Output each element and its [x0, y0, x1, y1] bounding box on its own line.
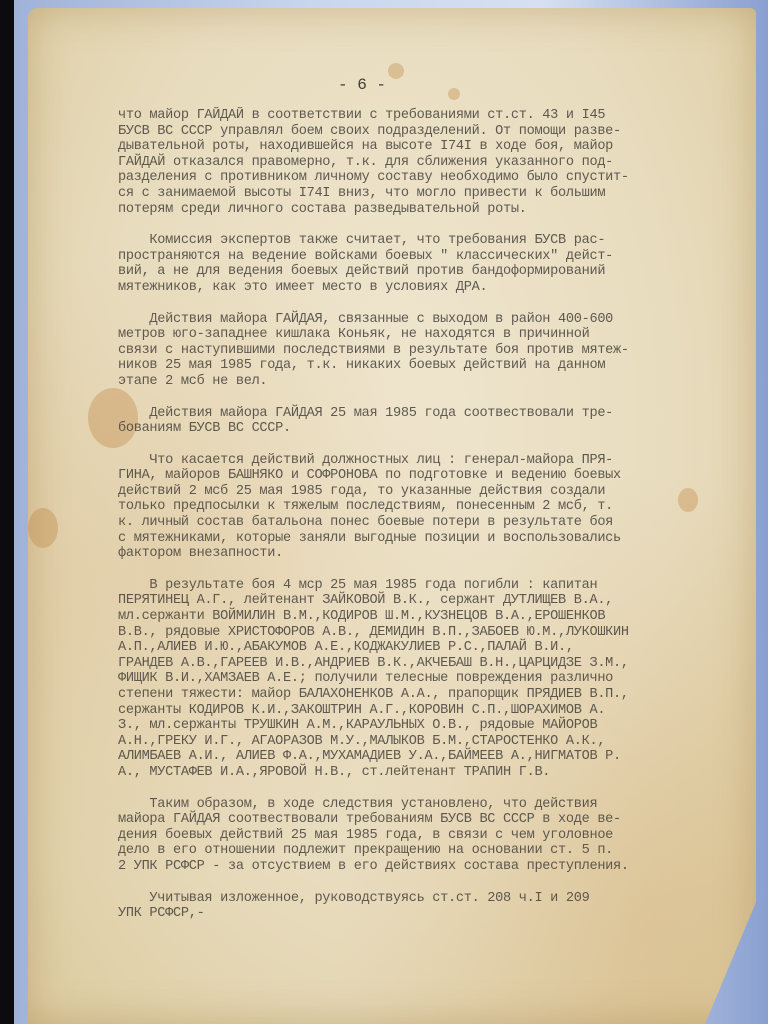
paragraph: Учитывая изложенное, руководствуясь ст.с…	[118, 891, 758, 922]
paragraph: Действия майора ГАЙДАЯ 25 мая 1985 года …	[118, 406, 758, 437]
text-line: ся с занимаемой высоты I74I вниз, что мо…	[118, 186, 758, 202]
text-line: фактором внезапности.	[118, 546, 758, 562]
text-line: Действия майора ГАЙДАЯ 25 мая 1985 года …	[118, 406, 758, 422]
text-line: потерям среди личного состава разведыват…	[118, 202, 758, 218]
text-line: действий 2 мсб 25 мая 1985 года, то указ…	[118, 484, 758, 500]
text-line: ПЕРЯТИНЕЦ А.Г., лейтенант ЗАЙКОВОЙ В.К.,…	[118, 593, 758, 609]
text-line: АЛИМБАЕВ А.И., АЛИЕВ Ф.А.,МУХАМАДИЕВ У.А…	[118, 749, 758, 765]
text-line: ФИЩИК В.И.,ХАМЗАЕВ А.Е.; получили телесн…	[118, 671, 758, 687]
paragraph-gap	[118, 562, 758, 578]
paragraph: Действия майора ГАЙДАЯ, связанные с выхо…	[118, 312, 758, 390]
paragraph: Комиссия экспертов также считает, что тр…	[118, 233, 758, 295]
text-line: разделения с противником личному составу…	[118, 170, 758, 186]
text-line: А.П.,АЛИЕВ И.Ю.,АБАКУМОВ А.Е.,КОДЖАКУЛИЕ…	[118, 640, 758, 656]
text-line: В.В., рядовые ХРИСТОФОРОВ А.В., ДЕМИДИН …	[118, 625, 758, 641]
document-body: что майор ГАЙДАЙ в соответствии с требов…	[118, 108, 758, 922]
text-line: Таким образом, в ходе следствия установл…	[118, 797, 758, 813]
page-number: - 6 -	[338, 76, 386, 94]
text-line: метров юго-западнее кишлака Коньяк, не н…	[118, 327, 758, 343]
text-line: А.Н.,ГРЕКУ И.Г., АГАОРАЗОВ М.У.,МАЛЫКОВ …	[118, 734, 758, 750]
text-line: этапе 2 мсб не вел.	[118, 374, 758, 390]
text-line: Действия майора ГАЙДАЯ, связанные с выхо…	[118, 312, 758, 328]
paragraph: что майор ГАЙДАЙ в соответствии с требов…	[118, 108, 758, 217]
stain	[448, 88, 460, 100]
text-line: В результате боя 4 мср 25 мая 1985 года …	[118, 578, 758, 594]
paragraph-gap	[118, 217, 758, 233]
text-line: ГИНА, майоров БАШНЯКО и СОФРОНОВА по под…	[118, 468, 758, 484]
text-line: бованиям БУСВ ВС СССР.	[118, 421, 758, 437]
paragraph-gap	[118, 296, 758, 312]
paragraph-gap	[118, 437, 758, 453]
stain	[388, 63, 404, 79]
text-line: БУСВ ВС СССР управлял боем своих подразд…	[118, 124, 758, 140]
text-line: связи с наступившими последствиями в рез…	[118, 343, 758, 359]
text-line: ГРАНДЕВ А.В.,ГАРЕЕВ И.В.,АНДРИЕВ В.К.,АК…	[118, 656, 758, 672]
paragraph: Таким образом, в ходе следствия установл…	[118, 797, 758, 875]
text-line: Учитывая изложенное, руководствуясь ст.с…	[118, 891, 758, 907]
paragraph-gap	[118, 875, 758, 891]
text-line: к. личный состав батальона понес боевые …	[118, 515, 758, 531]
text-line: ГАЙДАЙ отказался правомерно, т.к. для сб…	[118, 155, 758, 171]
text-line: мл.сержанти ВОЙМИЛИН В.М.,КОДИРОВ Ш.М.,К…	[118, 609, 758, 625]
text-line: З., мл.сержанты ТРУШКИН А.М.,КАРАУЛЬНЫХ …	[118, 718, 758, 734]
text-line: дело в его отношении подлежит прекращени…	[118, 843, 758, 859]
text-line: пространяются на ведение войсками боевых…	[118, 249, 758, 265]
text-line: А., МУСТАФЕВ И.А.,ЯРОВОЙ Н.В., ст.лейтен…	[118, 765, 758, 781]
text-line: дывательной роты, находившейся на высоте…	[118, 139, 758, 155]
text-line: Комиссия экспертов также считает, что тр…	[118, 233, 758, 249]
text-line: степени тяжести: майор БАЛАХОНЕНКОВ А.А.…	[118, 687, 758, 703]
text-line: сержанты КОДИРОВ К.И.,ЗАКОШТРИН А.Г.,КОР…	[118, 703, 758, 719]
text-line: УПК РСФСР,-	[118, 906, 758, 922]
text-line: дения боевых действий 25 мая 1985 года, …	[118, 828, 758, 844]
paragraph: В результате боя 4 мср 25 мая 1985 года …	[118, 578, 758, 781]
text-line: вий, а не для ведения боевых действий пр…	[118, 264, 758, 280]
text-line: мятежников, как это имеет место в услови…	[118, 280, 758, 296]
stain	[28, 508, 58, 548]
text-line: Что касается действий должностных лиц : …	[118, 453, 758, 469]
text-line: с мятежниками, которые заняли выгодные п…	[118, 531, 758, 547]
text-line: только предпосылки к тяжелым последствия…	[118, 499, 758, 515]
text-line: 2 УПК РСФСР - за отсуствием в его действ…	[118, 859, 758, 875]
text-line: ников 25 мая 1985 года, т.к. никаких бое…	[118, 358, 758, 374]
text-line: что майор ГАЙДАЙ в соответствии с требов…	[118, 108, 758, 124]
paragraph: Что касается действий должностных лиц : …	[118, 453, 758, 562]
paragraph-gap	[118, 781, 758, 797]
text-line: майора ГАЙДАЯ соотвествовали требованиям…	[118, 812, 758, 828]
paragraph-gap	[118, 390, 758, 406]
